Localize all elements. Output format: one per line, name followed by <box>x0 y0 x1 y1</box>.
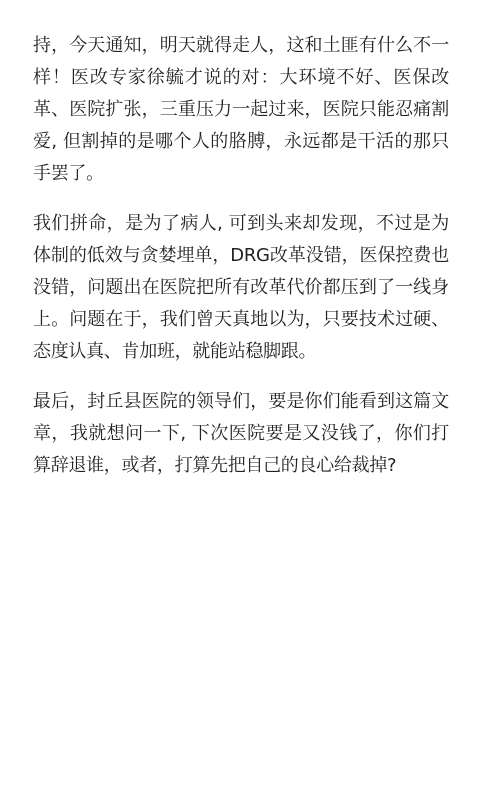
article-paragraph: 持，今天通知，明天就得走人，这和土匪有什么不一样！医改专家徐毓才说的对：大环境不… <box>33 30 449 190</box>
article-paragraph: 最后，封丘县医院的领导们，要是你们能看到这篇文章，我就想问一下, 下次医院要是又… <box>33 386 449 482</box>
article-paragraph: 我们拼命，是为了病人, 可到头来却发现，不过是为体制的低效与贪婪埋单，DRG改革… <box>33 208 449 368</box>
article-body: 持，今天通知，明天就得走人，这和土匪有什么不一样！医改专家徐毓才说的对：大环境不… <box>33 30 449 500</box>
